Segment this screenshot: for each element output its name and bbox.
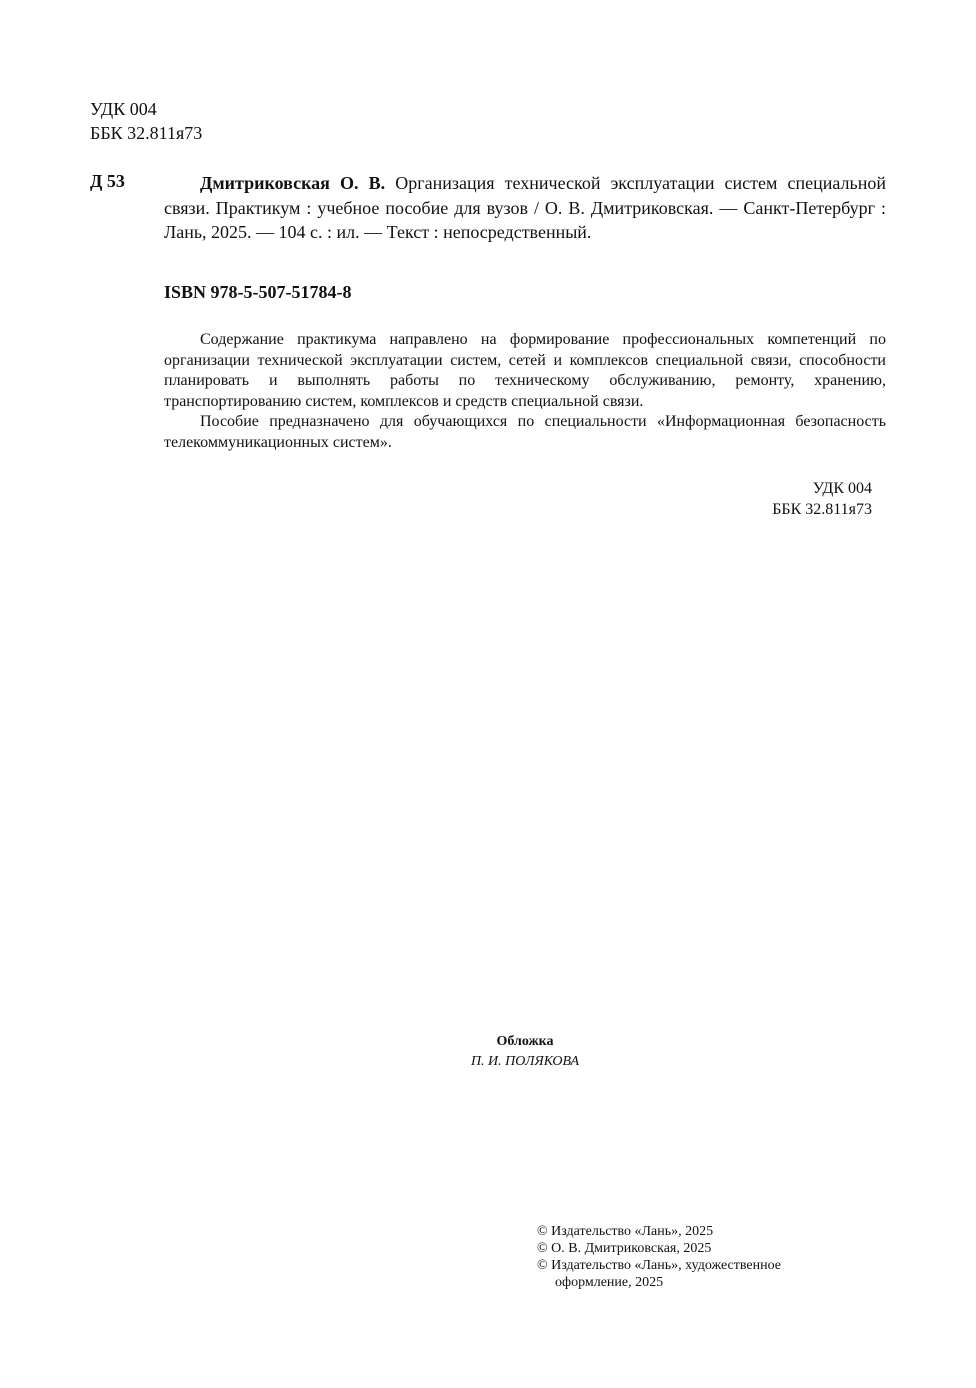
copyright-line: © Издательство «Лань», художественное оф…	[537, 1257, 855, 1291]
cover-designer: П. И. ПОЛЯКОВА	[380, 1052, 670, 1072]
author-code: Д 53	[90, 171, 125, 192]
classification-block: УДК 004 ББК 32.811я73	[90, 97, 202, 145]
cover-credit: Обложка П. И. ПОЛЯКОВА	[380, 1032, 670, 1072]
author-name: Дмитриковская О. В.	[200, 173, 385, 193]
copyright-block: © Издательство «Лань», 2025 © О. В. Дмит…	[537, 1223, 855, 1291]
annotation: Содержание практикума направлено на форм…	[164, 330, 886, 453]
cover-title: Обложка	[380, 1032, 670, 1052]
udk-code: УДК 004	[90, 97, 202, 121]
bibliographic-record: Дмитриковская О. В. Организация техничес…	[164, 171, 886, 245]
copyright-line: © О. В. Дмитриковская, 2025	[537, 1240, 855, 1257]
classification-block-right: УДК 004 ББК 32.811я73	[772, 478, 872, 520]
bbk-code: ББК 32.811я73	[90, 121, 202, 145]
isbn: ISBN 978-5-507-51784-8	[164, 282, 352, 303]
annotation-paragraph: Содержание практикума направлено на форм…	[164, 330, 886, 412]
copyright-line: © Издательство «Лань», 2025	[537, 1223, 855, 1240]
bbk-code: ББК 32.811я73	[772, 499, 872, 520]
udk-code: УДК 004	[772, 478, 872, 499]
annotation-paragraph: Пособие предназначено для обучающихся по…	[164, 412, 886, 453]
